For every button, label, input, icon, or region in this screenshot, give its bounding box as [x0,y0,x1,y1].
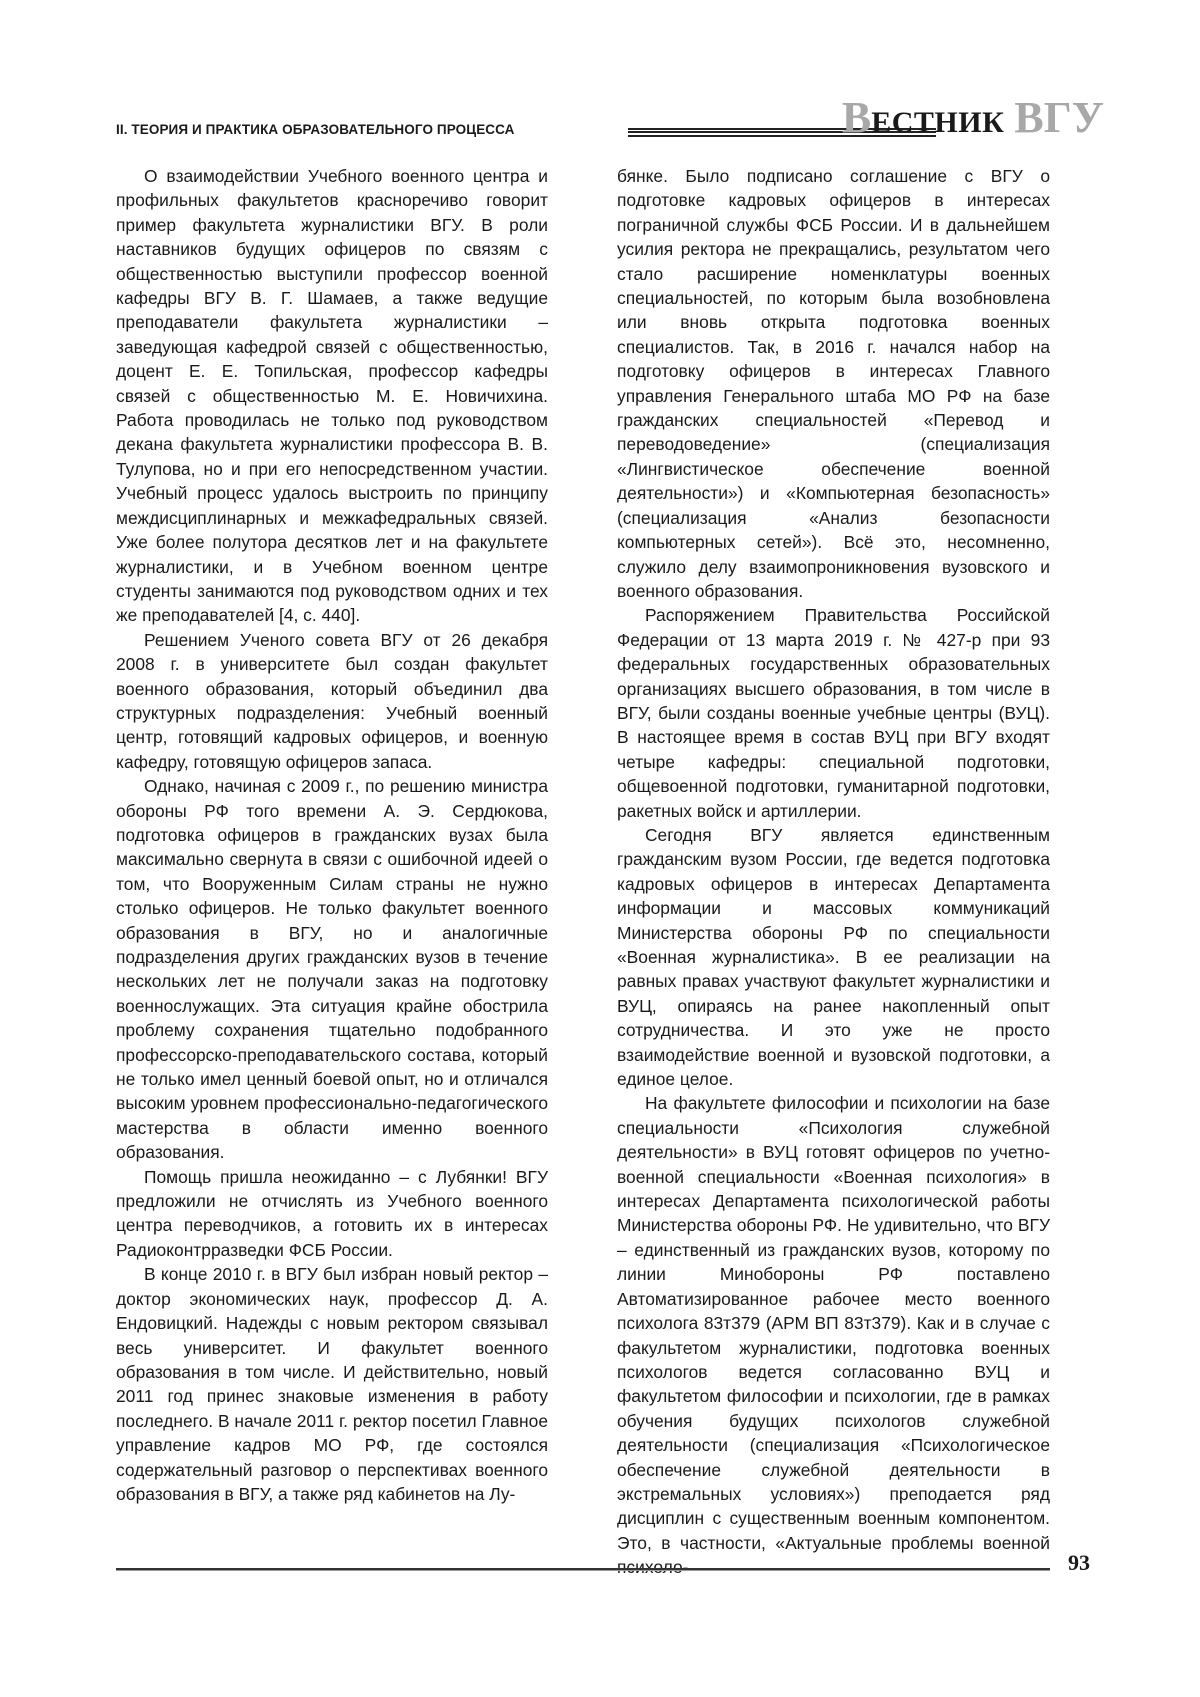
masthead-rest: ЕСТНИК [871,106,1004,139]
paragraph: На факультете философии и психологии на … [617,1091,1050,1579]
paragraph-continued: бянке. Было подписано соглашение с ВГУ о… [617,164,1050,603]
masthead-suffix: ВГУ [1014,93,1104,142]
paragraph: Сегодня ВГУ является единственным гражда… [617,823,1050,1091]
paragraph: В конце 2010 г. в ВГУ был избран новый р… [116,1262,548,1506]
paragraph: Однако, начиная с 2009 г., по решению ми… [116,774,548,1165]
running-header: II. ТЕОРИЯ И ПРАКТИКА ОБРАЗОВАТЕЛЬНОГО П… [116,100,1104,150]
paragraph: Решением Ученого совета ВГУ от 26 декабр… [116,628,548,774]
footer-rule [116,1568,1050,1571]
masthead-initial: В [842,93,871,142]
right-column: бянке. Было подписано соглашение с ВГУ о… [617,164,1050,1580]
section-title: II. ТЕОРИЯ И ПРАКТИКА ОБРАЗОВАТЕЛЬНОГО П… [116,122,515,137]
paragraph: О взаимодействии Учебного военного центр… [116,164,548,628]
paragraph: Помощь пришла неожиданно – с Лубянки! ВГ… [116,1165,548,1263]
paragraph: Распоряжением Правительства Российской Ф… [617,603,1050,823]
left-column: О взаимодействии Учебного военного центр… [116,164,548,1506]
journal-masthead: ВЕСТНИКВГУ [842,96,1104,140]
page-number: 93 [1068,1550,1090,1576]
